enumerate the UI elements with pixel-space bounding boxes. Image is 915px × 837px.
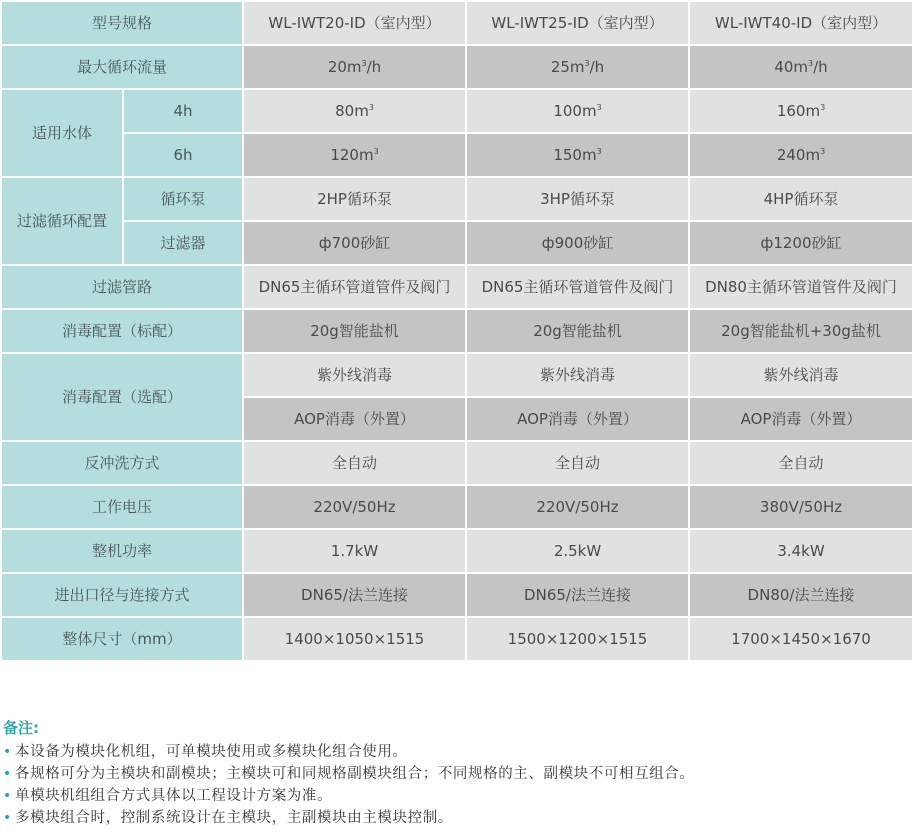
pipeline-value: DN80主循环管道管件及阀门 [690,266,912,308]
row-filtration-pump: 过滤循环配置 循环泵 2HP循环泵 3HP循环泵 4HP循环泵 [2,178,912,220]
notes-section: 备注: •本设备为模块化机组，可单模块使用或多模块化组合使用。 •各规格可分为主… [3,718,913,829]
disinfection-optional-value: AOP消毒（外置） [690,398,912,440]
water-body-value: 100m3 [467,90,688,132]
filter-value: ф900砂缸 [467,222,688,264]
dimensions-label: 整体尺寸（mm） [2,618,242,660]
max-flow-label: 最大循环流量 [2,46,242,88]
note-item: •多模块组合时，控制系统设计在主模块，主副模块由主模块控制。 [3,807,913,829]
water-body-value: 120m3 [244,134,465,176]
disinfection-standard-value: 20g智能盐机+30g盐机 [690,310,912,352]
disinfection-optional-value: AOP消毒（外置） [244,398,465,440]
max-flow-value: 20m3/h [244,46,465,88]
power-value: 1.7kW [244,530,465,572]
water-body-value: 240m3 [690,134,912,176]
backwash-value: 全自动 [244,442,465,484]
note-text: 本设备为模块化机组，可单模块使用或多模块化组合使用。 [15,744,408,760]
disinfection-standard-value: 20g智能盐机 [467,310,688,352]
row-pipeline: 过滤管路 DN65主循环管道管件及阀门 DN65主循环管道管件及阀门 DN80主… [2,266,912,308]
water-body-sub-label: 4h [124,90,242,132]
row-water-body-4h: 适用水体 4h 80m3 100m3 160m3 [2,90,912,132]
dimensions-value: 1700×1450×1670 [690,618,912,660]
water-body-value: 80m3 [244,90,465,132]
disinfection-standard-label: 消毒配置（标配） [2,310,242,352]
max-flow-value: 25m3/h [467,46,688,88]
power-value: 3.4kW [690,530,912,572]
disinfection-optional-value: 紫外线消毒 [690,354,912,396]
power-value: 2.5kW [467,530,688,572]
bullet-icon: • [3,785,15,807]
bullet-icon: • [3,763,15,785]
filter-value: ф1200砂缸 [690,222,912,264]
note-text: 各规格可分为主模块和副模块；主模块可和同规格副模块组合；不同规格的主、副模块不可… [15,766,695,782]
row-water-body-6h: 6h 120m3 150m3 240m3 [2,134,912,176]
row-max-flow: 最大循环流量 20m3/h 25m3/h 40m3/h [2,46,912,88]
row-disinfection-standard: 消毒配置（标配） 20g智能盐机 20g智能盐机 20g智能盐机+30g盐机 [2,310,912,352]
row-dimensions: 整体尺寸（mm） 1400×1050×1515 1500×1200×1515 1… [2,618,912,660]
filtration-label: 过滤循环配置 [2,178,122,264]
power-label: 整机功率 [2,530,242,572]
pipeline-value: DN65主循环管道管件及阀门 [244,266,465,308]
connection-value: DN65/法兰连接 [244,574,465,616]
backwash-value: 全自动 [690,442,912,484]
model-label: 型号规格 [2,2,242,44]
disinfection-optional-value: AOP消毒（外置） [467,398,688,440]
filter-value: ф700砂缸 [244,222,465,264]
row-power: 整机功率 1.7kW 2.5kW 3.4kW [2,530,912,572]
voltage-label: 工作电压 [2,486,242,528]
disinfection-optional-value: 紫外线消毒 [244,354,465,396]
connection-value: DN65/法兰连接 [467,574,688,616]
pump-value: 3HP循环泵 [467,178,688,220]
water-body-sub-label: 6h [124,134,242,176]
disinfection-standard-value: 20g智能盐机 [244,310,465,352]
notes-list: •本设备为模块化机组，可单模块使用或多模块化组合使用。 •各规格可分为主模块和副… [3,741,913,829]
model-name: WL-IWT25-ID（室内型） [467,2,688,44]
row-model: 型号规格 WL-IWT20-ID（室内型） WL-IWT25-ID（室内型） W… [2,2,912,44]
note-item: •各规格可分为主模块和副模块；主模块可和同规格副模块组合；不同规格的主、副模块不… [3,763,913,785]
connection-value: DN80/法兰连接 [690,574,912,616]
water-body-value: 160m3 [690,90,912,132]
row-backwash: 反冲洗方式 全自动 全自动 全自动 [2,442,912,484]
connection-label: 进出口径与连接方式 [2,574,242,616]
backwash-value: 全自动 [467,442,688,484]
pump-value: 4HP循环泵 [690,178,912,220]
filtration-sub-label: 循环泵 [124,178,242,220]
note-item: •单模块机组组合方式具体以工程设计方案为准。 [3,785,913,807]
water-body-label: 适用水体 [2,90,122,176]
row-connection: 进出口径与连接方式 DN65/法兰连接 DN65/法兰连接 DN80/法兰连接 [2,574,912,616]
row-disinfection-optional-uv: 消毒配置（选配） 紫外线消毒 紫外线消毒 紫外线消毒 [2,354,912,396]
row-filtration-filter: 过滤器 ф700砂缸 ф900砂缸 ф1200砂缸 [2,222,912,264]
model-name: WL-IWT40-ID（室内型） [690,2,912,44]
note-text: 多模块组合时，控制系统设计在主模块，主副模块由主模块控制。 [15,810,453,826]
disinfection-optional-label: 消毒配置（选配） [2,354,242,440]
dimensions-value: 1500×1200×1515 [467,618,688,660]
dimensions-value: 1400×1050×1515 [244,618,465,660]
model-name: WL-IWT20-ID（室内型） [244,2,465,44]
water-body-value: 150m3 [467,134,688,176]
bullet-icon: • [3,807,15,829]
voltage-value: 220V/50Hz [244,486,465,528]
pump-value: 2HP循环泵 [244,178,465,220]
voltage-value: 220V/50Hz [467,486,688,528]
note-item: •本设备为模块化机组，可单模块使用或多模块化组合使用。 [3,741,913,763]
notes-title: 备注: [3,718,913,738]
spec-table: 型号规格 WL-IWT20-ID（室内型） WL-IWT25-ID（室内型） W… [0,0,914,662]
backwash-label: 反冲洗方式 [2,442,242,484]
max-flow-value: 40m3/h [690,46,912,88]
pipeline-label: 过滤管路 [2,266,242,308]
pipeline-value: DN65主循环管道管件及阀门 [467,266,688,308]
note-text: 单模块机组组合方式具体以工程设计方案为准。 [15,788,332,804]
bullet-icon: • [3,741,15,763]
voltage-value: 380V/50Hz [690,486,912,528]
filtration-sub-label: 过滤器 [124,222,242,264]
row-voltage: 工作电压 220V/50Hz 220V/50Hz 380V/50Hz [2,486,912,528]
disinfection-optional-value: 紫外线消毒 [467,354,688,396]
